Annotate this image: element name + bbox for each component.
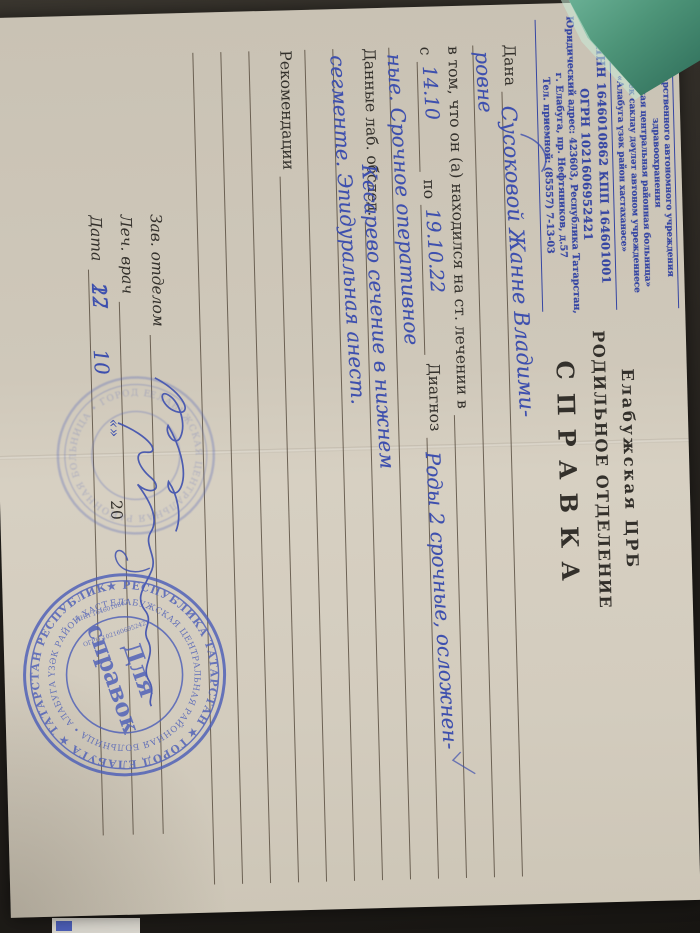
photo-frame: государственного автономного учреждения … (0, 0, 700, 933)
date-label: Дата (87, 215, 106, 269)
handwritten-to-date: 19.10.22 (422, 208, 446, 294)
handwritten-patient-name-2: ровне (472, 51, 496, 114)
document-header: Елабужская ЦРБ РОДИЛЬНОЕ ОТДЕЛЕНИЕ СПРАВ… (549, 296, 644, 643)
diagnosis-label: Диагноз (424, 355, 444, 438)
background-paper-edge (52, 918, 140, 933)
handwritten-from-date: 14.10 (419, 65, 441, 120)
dlya-spravok-stamp: ★ РЕСПУБЛИКА ТАТАРСТАН ★ ГОРОД ЕЛАБУГА ★… (0, 543, 257, 807)
document-rotation-wrap: государственного автономного учреждения … (0, 0, 700, 918)
from-date-blank: 14.10 (417, 61, 449, 172)
attending-doctor-label: Леч. врач (117, 214, 137, 302)
hospital-name: Елабужская ЦРБ (616, 296, 644, 641)
handwritten-year: 22 (89, 283, 111, 310)
certificate-document: государственного автономного учреждения … (0, 0, 700, 918)
from-label: с (416, 46, 434, 61)
document-title: СПРАВКА (549, 298, 587, 644)
background-blue-fragment (56, 921, 72, 931)
given-label: Дана (500, 44, 519, 92)
to-date-blank: 19.10.22 (420, 205, 453, 356)
to-label: по (420, 171, 439, 205)
pen-mark (510, 129, 555, 178)
pen-check-mark (449, 748, 480, 779)
faint-round-stamp: ЕЛАБУЖСКАЯ ЦЕНТРАЛЬНАЯ РАЙОННАЯ БОЛЬНИЦА… (34, 354, 237, 557)
department-name: РОДИЛЬНОЕ ОТДЕЛЕНИЕ (588, 297, 616, 642)
